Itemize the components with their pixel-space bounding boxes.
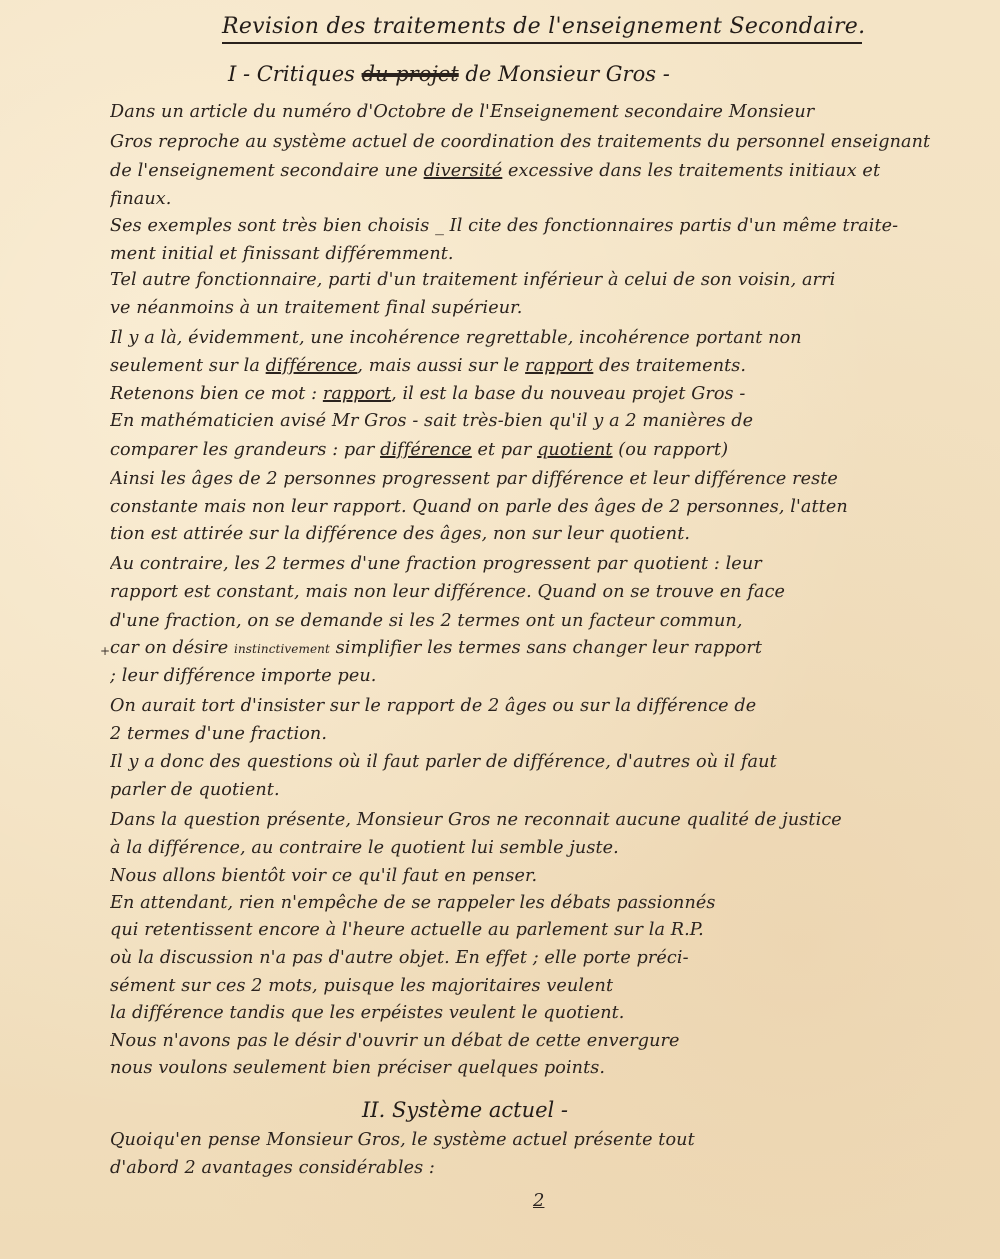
text-line: parler de quotient.: [110, 780, 990, 800]
underlined-word: rapport: [323, 384, 391, 404]
text-line: seulement sur la différence, mais aussi …: [110, 356, 990, 376]
text-line: à la différence, au contraire le quotien…: [110, 838, 990, 858]
text-line: Au contraire, les 2 termes d'une fractio…: [110, 554, 990, 574]
text-line: Gros reproche au système actuel de coord…: [110, 132, 990, 152]
underlined-word: différence: [266, 356, 358, 376]
text-line: où la discussion n'a pas d'autre objet. …: [110, 948, 990, 968]
text-line: qui retentissent encore à l'heure actuel…: [110, 920, 990, 940]
text-line: Nous allons bientôt voir ce qu'il faut e…: [110, 866, 990, 886]
text-line: constante mais non leur rapport. Quand o…: [110, 497, 990, 517]
text-line: 2 termes d'une fraction.: [110, 724, 990, 744]
text-line: Retenons bien ce mot : rapport, il est l…: [110, 384, 990, 404]
text-line: Dans la question présente, Monsieur Gros…: [110, 810, 990, 830]
section-heading-prefix: I - Critiques: [228, 62, 362, 86]
text-line: On aurait tort d'insister sur le rapport…: [110, 696, 990, 716]
text-line: de l'enseignement secondaire une diversi…: [110, 161, 990, 181]
underlined-word: différence: [380, 440, 472, 460]
text-line: Dans un article du numéro d'Octobre de l…: [110, 102, 990, 122]
manuscript-page: Revision des traitements de l'enseigneme…: [0, 0, 1000, 1259]
text-line: nous voulons seulement bien préciser que…: [110, 1058, 990, 1078]
section-heading-suffix: de Monsieur Gros -: [459, 62, 670, 86]
text-line: Quoiqu'en pense Monsieur Gros, le systèm…: [110, 1130, 990, 1150]
document-title: Revision des traitements de l'enseigneme…: [222, 14, 862, 44]
inserted-word: instinctivement: [234, 642, 330, 656]
section-heading-1: I - Critiques du projet de Monsieur Gros…: [228, 62, 670, 86]
text-line: sément sur ces 2 mots, puisque les major…: [110, 976, 990, 996]
underlined-word: rapport: [525, 356, 593, 376]
struck-text: du projet: [362, 62, 459, 86]
text-line: Ainsi les âges de 2 personnes progressen…: [110, 469, 990, 489]
text-line: Ses exemples sont très bien choisis _ Il…: [110, 216, 990, 236]
underlined-word: quotient: [537, 440, 613, 460]
text-line: ve néanmoins à un traitement final supér…: [110, 298, 990, 318]
text-line: rapport est constant, mais non leur diff…: [110, 582, 990, 602]
text-line: car on désire instinctivement simplifier…: [110, 638, 990, 658]
text-line: tion est attirée sur la différence des â…: [110, 524, 990, 544]
text-line: ; leur différence importe peu.: [110, 666, 990, 686]
page-number: 2: [533, 1190, 544, 1211]
text-line: d'abord 2 avantages considérables :: [110, 1158, 990, 1178]
text-line: la différence tandis que les erpéistes v…: [110, 1003, 990, 1023]
text-line: ment initial et finissant différemment.: [110, 244, 990, 264]
text-line: En mathématicien avisé Mr Gros - sait tr…: [110, 411, 990, 431]
text-line: d'une fraction, on se demande si les 2 t…: [110, 611, 990, 631]
text-line: Tel autre fonctionnaire, parti d'un trai…: [110, 270, 990, 290]
text-line: finaux.: [110, 189, 990, 209]
section-heading-2: II. Système actuel -: [362, 1098, 568, 1122]
text-line: En attendant, rien n'empêche de se rappe…: [110, 893, 990, 913]
text-line: comparer les grandeurs : par différence …: [110, 440, 990, 460]
text-line: Il y a là, évidemment, une incohérence r…: [110, 328, 990, 348]
text-line: Nous n'avons pas le désir d'ouvrir un dé…: [110, 1031, 990, 1051]
text-line: Il y a donc des questions où il faut par…: [110, 752, 990, 772]
underlined-word: diversité: [424, 161, 503, 181]
margin-mark: +: [100, 644, 110, 658]
